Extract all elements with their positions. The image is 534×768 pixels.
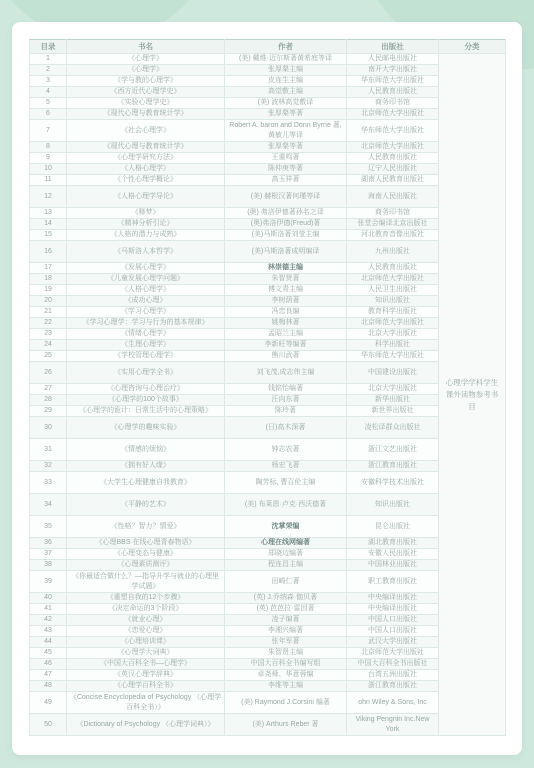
index-cell: 24: [30, 340, 67, 351]
publisher-cell: 武汉大学出版社: [347, 637, 439, 648]
author-cell: (美) 波林高觉敷译: [225, 98, 347, 109]
title-cell: 《心理学》: [67, 54, 225, 65]
table-row: 48《心理学百科全书》李维等主编浙江教育出版社: [30, 681, 506, 692]
title-cell: 《学习心理学》: [67, 307, 225, 318]
index-cell: 14: [30, 219, 67, 230]
publisher-cell: 职工教育出版社: [347, 571, 439, 593]
table-row: 35《性格？智力？情爱》沈掌荣编昆仑出版社: [30, 516, 506, 538]
author-cell: 钱铭怡编著: [225, 384, 347, 395]
table-row: 4《西方近代心理学史》高觉敷主编人民教育出版社: [30, 87, 506, 98]
table-row: 41《决定命运的3个阶段》(英) 芭芭拉·雷因著中央编译出版社: [30, 604, 506, 615]
author-cell: 林崇德主编: [225, 263, 347, 274]
index-cell: 40: [30, 593, 67, 604]
title-cell: 《儿童发展心理学问题》: [67, 274, 225, 285]
author-cell: 皮连生主编: [225, 76, 347, 87]
author-cell: 程连昌主编: [225, 560, 347, 571]
table-row: 47《英汉心理学辞典》卓尧舜、华意蓉编台湾五洲出版社: [30, 670, 506, 681]
table-row: 49《Concise Encyclopedia of Psychology （心…: [30, 692, 506, 714]
author-cell: 张厚粲主编: [225, 65, 347, 76]
publisher-cell: 教育科学出版社: [347, 307, 439, 318]
publisher-cell: 北京师范大学出版社: [347, 274, 439, 285]
publisher-cell: 海南人民出版社: [347, 186, 439, 208]
author-cell: (美) Arthurs Reber 著: [225, 714, 347, 736]
index-cell: 38: [30, 560, 67, 571]
author-cell: 朱智贤主编: [225, 648, 347, 659]
index-cell: 39: [30, 571, 67, 593]
author-cell: (美) 戴维·迈尔斯著黄希庭等译: [225, 54, 347, 65]
title-cell: 《情绪心理学》: [67, 329, 225, 340]
publisher-cell: 昆仑出版社: [347, 516, 439, 538]
table-row: 14《精神分析引论》(奥)弗洛伊德(Freud)著张堂会编译北京出版社: [30, 219, 506, 230]
title-cell: 《你最适合做什么？—指导升学与就业的心理里学试题》: [67, 571, 225, 593]
publisher-cell: 浙江教育出版社: [347, 681, 439, 692]
publisher-cell: 凌松译群众出版社: [347, 417, 439, 439]
table-row: 40《重塑自我的12个步骤》(英) J.乔纳森·伽贝著中央编译出版社: [30, 593, 506, 604]
index-cell: 3: [30, 76, 67, 87]
table-row: 27《心理咨询与心理治疗》钱铭怡编著北京大学出版社: [30, 384, 506, 395]
index-cell: 48: [30, 681, 67, 692]
author-cell: 沈掌荣编: [225, 516, 347, 538]
index-cell: 7: [30, 120, 67, 142]
title-cell: 《平静的艺术》: [67, 494, 225, 516]
header-category: 分类: [439, 40, 506, 54]
title-cell: 《个性心理学概论》: [67, 175, 225, 186]
table-row: 31《情感的烦恼》钟志农著浙江文艺出版社: [30, 439, 506, 461]
author-cell: (奥) 弗洛伊德著孙名之译: [225, 208, 347, 219]
publisher-cell: 中国大百科全书出版社: [347, 659, 439, 670]
title-cell: 《社会心理学》: [67, 120, 225, 142]
title-cell: 《心理学的诡计：日常生活中的心理策略》: [67, 406, 225, 417]
author-cell: (奥)弗洛伊德(Freud)著: [225, 219, 347, 230]
publisher-cell: 张堂会编译北京出版社: [347, 219, 439, 230]
title-cell: 《现代心理与教育统计学》: [67, 109, 225, 120]
author-cell: 李树荫著: [225, 296, 347, 307]
publisher-cell: 北京师范大学出版社: [347, 142, 439, 153]
table-row: 30《心理学的趣味实验》(日)高木深著凌松译群众出版社: [30, 417, 506, 439]
title-cell: 《释梦》: [67, 208, 225, 219]
index-cell: 6: [30, 109, 67, 120]
publisher-cell: 新华出版社: [347, 395, 439, 406]
index-cell: 50: [30, 714, 67, 736]
title-cell: 《英汉心理学辞典》: [67, 670, 225, 681]
author-cell: Robert A. baron and Donn Byrne 著, 黄敏儿等译: [225, 120, 347, 142]
author-cell: 张厚粲等著: [225, 109, 347, 120]
index-cell: 28: [30, 395, 67, 406]
index-cell: 20: [30, 296, 67, 307]
title-cell: 《恋爱心理》: [67, 626, 225, 637]
publisher-cell: 新世界出版社: [347, 406, 439, 417]
author-cell: 杨宏飞著: [225, 461, 347, 472]
author-cell: 陈玲著: [225, 406, 347, 417]
table-header-row: 目录 书名 作者 出版社 分类: [30, 40, 506, 54]
table-row: 7《社会心理学》Robert A. baron and Donn Byrne 著…: [30, 120, 506, 142]
table-row: 3《学与教的心理学》皮连生主编华东师范大学出版社: [30, 76, 506, 87]
table-row: 32《拥有好人缘》杨宏飞著浙江教育出版社: [30, 461, 506, 472]
table-row: 45《心理学大词典》朱智贤主编北京师范大学出版社: [30, 648, 506, 659]
table-row: 23《情绪心理学》孟昭兰主编北京大学出版社: [30, 329, 506, 340]
table-row: 28《心理学的100个故事》汪向东著新华出版社: [30, 395, 506, 406]
publisher-cell: 人民教育出版社: [347, 87, 439, 98]
author-cell: 卓尧舜、华意蓉编: [225, 670, 347, 681]
author-cell: 高玉祥著: [225, 175, 347, 186]
table-row: 25《学校管理心理学》熊川武著华东师范大学出版社: [30, 351, 506, 362]
header-title: 书名: [67, 40, 225, 54]
title-cell: 《学习心理学：学习与行为的基本规律》: [67, 318, 225, 329]
index-cell: 4: [30, 87, 67, 98]
index-cell: 37: [30, 549, 67, 560]
title-cell: 《马斯洛人本哲学》: [67, 241, 225, 263]
publisher-cell: 南开大学出版社: [347, 65, 439, 76]
publisher-cell: 河北教育音像出版社: [347, 230, 439, 241]
title-cell: 《Dictionary of Psychology （心理学词典）》: [67, 714, 225, 736]
title-cell: 《心理变态与健康》: [67, 549, 225, 560]
publisher-cell: 知识出版社: [347, 494, 439, 516]
table-row: 8《现代心理与教育统计学》张厚粲等著北京师范大学出版社: [30, 142, 506, 153]
publisher-cell: 人民卫生出版社: [347, 285, 439, 296]
publisher-cell: 北京师范大学出版社: [347, 109, 439, 120]
table-row: 42《就业心理》凌子编著中国人口出版社: [30, 615, 506, 626]
author-cell: 李维等主编: [225, 681, 347, 692]
index-cell: 31: [30, 439, 67, 461]
title-cell: 《精神分析引论》: [67, 219, 225, 230]
title-cell: 《拥有好人缘》: [67, 461, 225, 472]
publisher-cell: 华东师范大学出版社: [347, 351, 439, 362]
author-cell: (美) 赫根汉著何瑾等译: [225, 186, 347, 208]
author-cell: 王重鸣著: [225, 153, 347, 164]
table-row: 33《大学生心理健康自我教育》陶芳标, 曹召伦主编安徽科学技术出版社: [30, 472, 506, 494]
author-cell: (美)马斯洛著成明编译: [225, 241, 347, 263]
index-cell: 2: [30, 65, 67, 76]
publisher-cell: 人民教育出版社: [347, 263, 439, 274]
publisher-cell: 中国人口出版社: [347, 615, 439, 626]
publisher-cell: 浙江教育出版社: [347, 461, 439, 472]
page-background: 目录 书名 作者 出版社 分类 1《心理学》(美) 戴维·迈尔斯著黄希庭等译人民…: [0, 0, 534, 768]
publisher-cell: 台湾五洲出版社: [347, 670, 439, 681]
author-cell: 冯忠良编: [225, 307, 347, 318]
title-cell: 《心理学大词典》: [67, 648, 225, 659]
title-cell: 《心理学百科全书》: [67, 681, 225, 692]
table-row: 43《恋爱心理》李湘兴编著中国人口出版社: [30, 626, 506, 637]
table-row: 1《心理学》(美) 戴维·迈尔斯著黄希庭等译人民邮电出版社心理学学科学生课外读物…: [30, 54, 506, 65]
index-cell: 45: [30, 648, 67, 659]
author-cell: 傅文青主编: [225, 285, 347, 296]
index-cell: 18: [30, 274, 67, 285]
author-cell: 郑晓边编著: [225, 549, 347, 560]
index-cell: 29: [30, 406, 67, 417]
table-row: 50《Dictionary of Psychology （心理学词典）》(美) …: [30, 714, 506, 736]
author-cell: 中国大百科全书编写组: [225, 659, 347, 670]
author-cell: (美) 布莱恩·卢克·西沃德著: [225, 494, 347, 516]
title-cell: 《学与教的心理学》: [67, 76, 225, 87]
table-row: 36《心理BBS 在线心理青春物语》心理在线网编著湖北教育出版社: [30, 538, 506, 549]
publisher-cell: 华东师范大学出版社: [347, 76, 439, 87]
publisher-cell: ohn Wiley & Sons, Inc: [347, 692, 439, 714]
title-cell: 《重塑自我的12个步骤》: [67, 593, 225, 604]
title-cell: 《发展心理学》: [67, 263, 225, 274]
category-cell: 心理学学科学生课外读物参考书目: [439, 54, 506, 736]
index-cell: 19: [30, 285, 67, 296]
index-cell: 35: [30, 516, 67, 538]
title-cell: 《心理BBS 在线心理青春物语》: [67, 538, 225, 549]
index-cell: 25: [30, 351, 67, 362]
author-cell: 刘飞茂,成志伟主编: [225, 362, 347, 384]
table-row: 20《成功心理》李树荫著知识出版社: [30, 296, 506, 307]
index-cell: 22: [30, 318, 67, 329]
table-row: 22《学习心理学：学习与行为的基本规律》姚梅林著北京师范大学出版社: [30, 318, 506, 329]
title-cell: 《实验心理学史》: [67, 98, 225, 109]
table-row: 12《人格心理学导论》(美) 赫根汉著何瑾等译海南人民出版社: [30, 186, 506, 208]
index-cell: 43: [30, 626, 67, 637]
index-cell: 34: [30, 494, 67, 516]
publisher-cell: 安徽科学技术出版社: [347, 472, 439, 494]
table-row: 46《中国大百科全书—心理学》中国大百科全书编写组中国大百科全书出版社: [30, 659, 506, 670]
author-cell: (日)高木深著: [225, 417, 347, 439]
index-cell: 15: [30, 230, 67, 241]
header-publisher: 出版社: [347, 40, 439, 54]
index-cell: 9: [30, 153, 67, 164]
publisher-cell: 安徽人民出版社: [347, 549, 439, 560]
table-row: 11《个性心理学概论》高玉祥著湖南人民教育出版社: [30, 175, 506, 186]
table-row: 21《学习心理学》冯忠良编教育科学出版社: [30, 307, 506, 318]
book-table: 目录 书名 作者 出版社 分类 1《心理学》(美) 戴维·迈尔斯著黄希庭等译人民…: [29, 39, 506, 736]
publisher-cell: 知识出版社: [347, 296, 439, 307]
index-cell: 16: [30, 241, 67, 263]
author-cell: 钟志农著: [225, 439, 347, 461]
author-cell: 汪向东著: [225, 395, 347, 406]
index-cell: 47: [30, 670, 67, 681]
author-cell: 高觉敷主编: [225, 87, 347, 98]
publisher-cell: Viking Pengnin Inc.New York: [347, 714, 439, 736]
table-row: 2《心理学》张厚粲主编南开大学出版社: [30, 65, 506, 76]
author-cell: (英) J.乔纳森·伽贝著: [225, 593, 347, 604]
publisher-cell: 湖南人民教育出版社: [347, 175, 439, 186]
table-row: 10《人格心理学》陈仲庚等著辽宁人民出版社: [30, 164, 506, 175]
title-cell: 《大学生心理健康自我教育》: [67, 472, 225, 494]
table-row: 34《平静的艺术》(美) 布莱恩·卢克·西沃德著知识出版社: [30, 494, 506, 516]
index-cell: 32: [30, 461, 67, 472]
publisher-cell: 北京大学出版社: [347, 329, 439, 340]
title-cell: 《Concise Encyclopedia of Psychology （心理学…: [67, 692, 225, 714]
title-cell: 《情感的烦恼》: [67, 439, 225, 461]
author-cell: 陶芳标, 曹召伦主编: [225, 472, 347, 494]
title-cell: 《生理心理学》: [67, 340, 225, 351]
index-cell: 49: [30, 692, 67, 714]
header-index: 目录: [30, 40, 67, 54]
author-cell: 李湘兴编著: [225, 626, 347, 637]
author-cell: 姚梅林著: [225, 318, 347, 329]
table-row: 37《心理变态与健康》郑晓边编著安徽人民出版社: [30, 549, 506, 560]
title-cell: 《中国大百科全书—心理学》: [67, 659, 225, 670]
title-cell: 《学校管理心理学》: [67, 351, 225, 362]
publisher-cell: 北京大学出版社: [347, 384, 439, 395]
index-cell: 13: [30, 208, 67, 219]
index-cell: 23: [30, 329, 67, 340]
title-cell: 《实用心理学全书》: [67, 362, 225, 384]
title-cell: 《心理咨询与心理治疗》: [67, 384, 225, 395]
title-cell: 《人格心理学》: [67, 164, 225, 175]
title-cell: 《心理素质测评》: [67, 560, 225, 571]
table-row: 29《心理学的诡计：日常生活中的心理策略》陈玲著新世界出版社: [30, 406, 506, 417]
publisher-cell: 中国人口出版社: [347, 626, 439, 637]
index-cell: 11: [30, 175, 67, 186]
table-row: 18《儿童发展心理学问题》朱智贤著北京师范大学出版社: [30, 274, 506, 285]
publisher-cell: 浙江文艺出版社: [347, 439, 439, 461]
index-cell: 26: [30, 362, 67, 384]
table-row: 19《人格心理学》傅文青主编人民卫生出版社: [30, 285, 506, 296]
title-cell: 《心理学研究方法》: [67, 153, 225, 164]
publisher-cell: 中央编译出版社: [347, 604, 439, 615]
publisher-cell: 北京师范大学出版社: [347, 648, 439, 659]
header-author: 作者: [225, 40, 347, 54]
publisher-cell: 湖北教育出版社: [347, 538, 439, 549]
index-cell: 17: [30, 263, 67, 274]
publisher-cell: 中央编译出版社: [347, 593, 439, 604]
publisher-cell: 人民教育出版社: [347, 153, 439, 164]
table-row: 6《现代心理与教育统计学》张厚粲等著北京师范大学出版社: [30, 109, 506, 120]
index-cell: 21: [30, 307, 67, 318]
title-cell: 《心理学的100个故事》: [67, 395, 225, 406]
title-cell: 《心理学的趣味实验》: [67, 417, 225, 439]
author-cell: 张年军著: [225, 637, 347, 648]
table-row: 16《马斯洛人本哲学》(美)马斯洛著成明编译九州出版社: [30, 241, 506, 263]
table-row: 15《人格的潜力与成熟》(美)马斯洛著刘莹主编河北教育音像出版社: [30, 230, 506, 241]
publisher-cell: 中国林业出版社: [347, 560, 439, 571]
title-cell: 《人格心理学》: [67, 285, 225, 296]
table-row: 9《心理学研究方法》王重鸣著人民教育出版社: [30, 153, 506, 164]
title-cell: 《就业心理》: [67, 615, 225, 626]
author-cell: (美)马斯洛著刘莹主编: [225, 230, 347, 241]
index-cell: 1: [30, 54, 67, 65]
index-cell: 30: [30, 417, 67, 439]
author-cell: 朱智贤著: [225, 274, 347, 285]
author-cell: 陈仲庚等著: [225, 164, 347, 175]
index-cell: 12: [30, 186, 67, 208]
table-row: 5《实验心理学史》(美) 波林高觉敷译商务印书馆: [30, 98, 506, 109]
title-cell: 《心理培训课》: [67, 637, 225, 648]
index-cell: 42: [30, 615, 67, 626]
title-cell: 《心理学》: [67, 65, 225, 76]
table-row: 44《心理培训课》张年军著武汉大学出版社: [30, 637, 506, 648]
publisher-cell: 科学出版社: [347, 340, 439, 351]
author-cell: 张厚粲等著: [225, 142, 347, 153]
title-cell: 《西方近代心理学史》: [67, 87, 225, 98]
index-cell: 8: [30, 142, 67, 153]
index-cell: 10: [30, 164, 67, 175]
index-cell: 27: [30, 384, 67, 395]
publisher-cell: 北京师范大学出版社: [347, 318, 439, 329]
book-table-body: 1《心理学》(美) 戴维·迈尔斯著黄希庭等译人民邮电出版社心理学学科学生课外读物…: [30, 54, 506, 736]
index-cell: 5: [30, 98, 67, 109]
book-list-card: 目录 书名 作者 出版社 分类 1《心理学》(美) 戴维·迈尔斯著黄希庭等译人民…: [12, 22, 522, 755]
title-cell: 《人格心理学导论》: [67, 186, 225, 208]
publisher-cell: 人民邮电出版社: [347, 54, 439, 65]
index-cell: 44: [30, 637, 67, 648]
table-row: 17《发展心理学》林崇德主编人民教育出版社: [30, 263, 506, 274]
table-row: 13《释梦》(奥) 弗洛伊德著孙名之译商务印书馆: [30, 208, 506, 219]
author-cell: 李新旺等编著: [225, 340, 347, 351]
author-cell: 孟昭兰主编: [225, 329, 347, 340]
publisher-cell: 九州出版社: [347, 241, 439, 263]
author-cell: 熊川武著: [225, 351, 347, 362]
publisher-cell: 华东师范大学出版社: [347, 120, 439, 142]
title-cell: 《性格？智力？情爱》: [67, 516, 225, 538]
publisher-cell: 辽宁人民出版社: [347, 164, 439, 175]
title-cell: 《决定命运的3个阶段》: [67, 604, 225, 615]
table-row: 38《心理素质测评》程连昌主编中国林业出版社: [30, 560, 506, 571]
title-cell: 《现代心理与教育统计学》: [67, 142, 225, 153]
index-cell: 33: [30, 472, 67, 494]
index-cell: 41: [30, 604, 67, 615]
index-cell: 36: [30, 538, 67, 549]
publisher-cell: 商务印书馆: [347, 98, 439, 109]
publisher-cell: 商务印书馆: [347, 208, 439, 219]
table-row: 26《实用心理学全书》刘飞茂,成志伟主编中国建设出版社: [30, 362, 506, 384]
author-cell: (美) Raymond J.Corsini 编著: [225, 692, 347, 714]
table-row: 39《你最适合做什么？—指导升学与就业的心理里学试题》田崎仁著职工教育出版社: [30, 571, 506, 593]
author-cell: 心理在线网编著: [225, 538, 347, 549]
author-cell: 田崎仁著: [225, 571, 347, 593]
publisher-cell: 中国建设出版社: [347, 362, 439, 384]
author-cell: (英) 芭芭拉·雷因著: [225, 604, 347, 615]
index-cell: 46: [30, 659, 67, 670]
title-cell: 《人格的潜力与成熟》: [67, 230, 225, 241]
table-row: 24《生理心理学》李新旺等编著科学出版社: [30, 340, 506, 351]
title-cell: 《成功心理》: [67, 296, 225, 307]
author-cell: 凌子编著: [225, 615, 347, 626]
